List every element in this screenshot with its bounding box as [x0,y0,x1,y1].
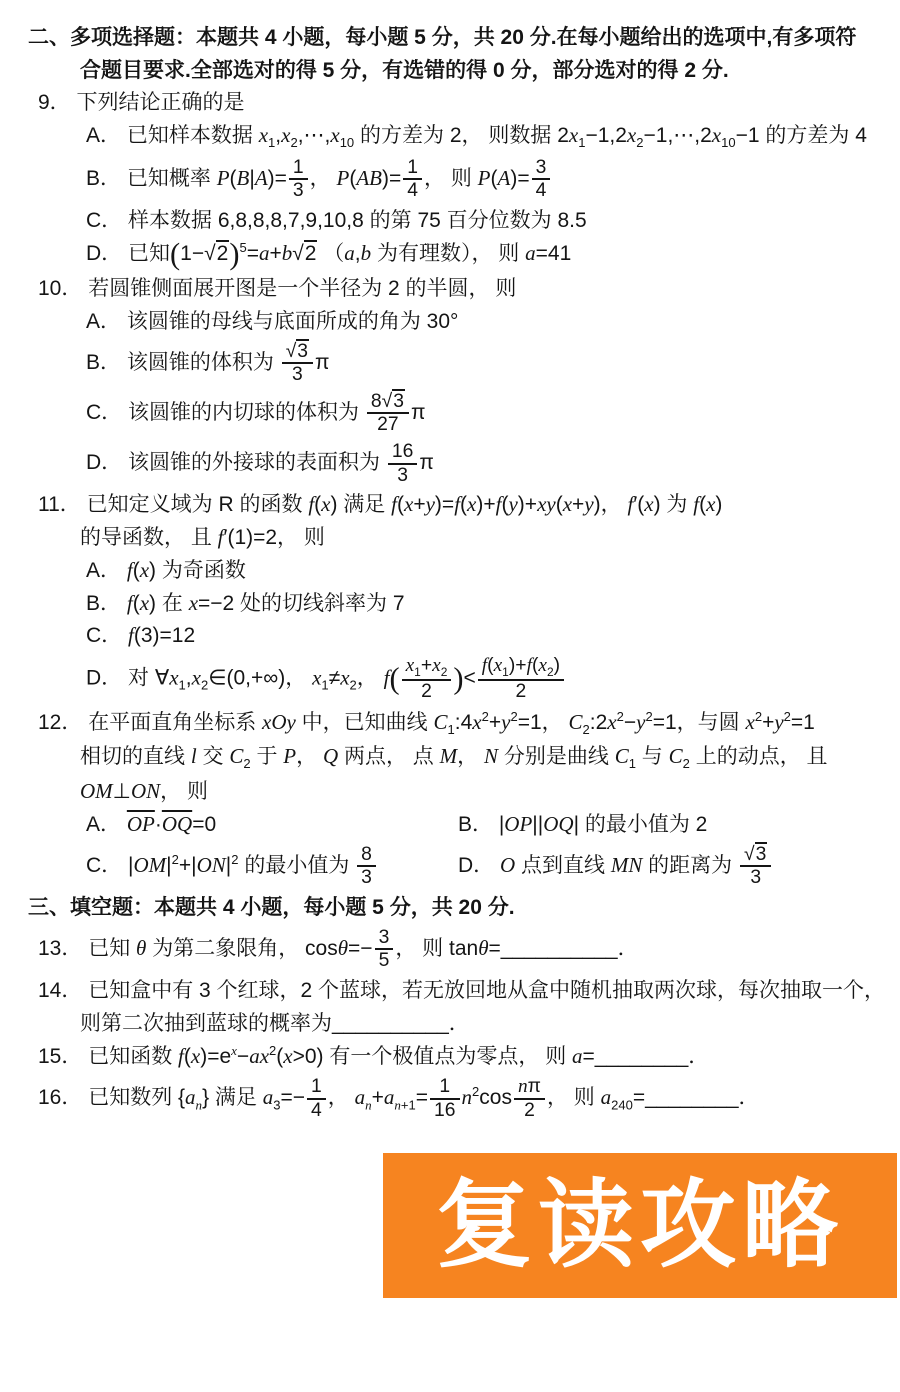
section-2-header-line-1: 二、多项选择题：本题共 4 小题，每小题 5 分，共 20 分.在每小题给出的选… [0,24,892,52]
q10-option-D: D． 该圆锥的外接球的表面积为 163π [0,441,892,486]
q10-option-A: A． 该圆锥的母线与底面所成的角为 30° [0,308,892,336]
q9-stem: 9． 下列结论正确的是 [0,89,892,117]
q12-stem-line-1: 12． 在平面直角坐标系 xOy 中，已知曲线 C1:4x2+y2=1， C2:… [0,708,892,738]
watermark-banner: 复读攻略 [383,1153,897,1298]
q11-option-C: C． f(3)=12 [0,622,892,650]
q9-option-A: A． 已知样本数据 x1,x2,⋯,x10 的方差为 2， 则数据 2x1−1,… [0,122,892,151]
q9-option-B: B． 已知概率 P(B|A)=13， P(AB)=14， 则 P(A)=34 [0,157,892,202]
q14-line-1: 14． 已知盒中有 3 个红球，2 个蓝球，若无放回地从盒中随机抽取两次球，每次… [0,977,892,1005]
watermark-text: 复读攻略 [436,1178,844,1274]
q12-options-AB-col-1: B． |OP||OQ| 的最小值为 2 [458,811,707,839]
section-2-header-line-2: 合题目要求.全部选对的得 5 分，有选错的得 0 分，部分选对的得 2 分. [0,57,892,85]
q11-option-D: D． 对 ∀x1,x2∈(0,+∞)， x1≠x2， f(x1+x22)<f(x… [0,655,892,703]
q12-options-CD-col-0: C． |OM|2+|ON|2 的最小值为 83 [86,844,458,889]
q12-stem-line-3: OM⊥ON， 则 [0,778,892,806]
q12-options-CD: C． |OM|2+|ON|2 的最小值为 83D． O 点到直线 MN 的距离为… [0,844,892,889]
q13: 13． 已知 θ 为第二象限角， cosθ=−35， 则 tanθ=______… [0,927,892,972]
q11-option-A: A． f(x) 为奇函数 [0,557,892,585]
q11-option-B: B． f(x) 在 x=−2 处的切线斜率为 7 [0,590,892,618]
q11-stem-line-1: 11． 已知定义域为 R 的函数 f(x) 满足 f(x+y)=f(x)+f(y… [0,491,892,519]
q16: 16． 已知数列 {an} 满足 a3=−14， an+an+1=116n2co… [0,1076,892,1121]
q12-options-AB: A． OP·OQ=0B． |OP||OQ| 的最小值为 2 [0,810,892,838]
q10-option-C: C． 该圆锥的内切球的体积为 8√327π [0,391,892,436]
section-3-header: 三、填空题：本题共 4 小题，每小题 5 分，共 20 分. [0,894,892,922]
q12-stem-line-2: 相切的直线 l 交 C2 于 P， Q 两点， 点 M， N 分别是曲线 C1 … [0,743,892,772]
exam-content: 二、多项选择题：本题共 4 小题，每小题 5 分，共 20 分.在每小题给出的选… [0,24,892,1126]
q12-options-CD-col-1: D． O 点到直线 MN 的距离为 √33 [458,844,773,889]
q10-option-B: B． 该圆锥的体积为 √33π [0,341,892,386]
q9-option-D: D． 已知(1−√2)5=a+b√2 （a,b 为有理数）， 则 a=41 [0,239,892,270]
exam-page: 二、多项选择题：本题共 4 小题，每小题 5 分，共 20 分.在每小题给出的选… [0,0,900,1392]
q12-options-AB-col-0: A． OP·OQ=0 [86,811,458,839]
q14-line-2: 则第二次抽到蓝球的概率为__________． [0,1010,892,1038]
q15: 15． 已知函数 f(x)=ex−ax2(x>0) 有一个极值点为零点， 则 a… [0,1042,892,1071]
q9-option-C: C． 样本数据 6,8,8,8,7,9,10,8 的第 75 百分位数为 8.5 [0,207,892,235]
q11-stem-line-2: 的导函数， 且 f′(1)=2， 则 [0,524,892,552]
q10-stem: 10． 若圆锥侧面展开图是一个半径为 2 的半圆， 则 [0,275,892,303]
